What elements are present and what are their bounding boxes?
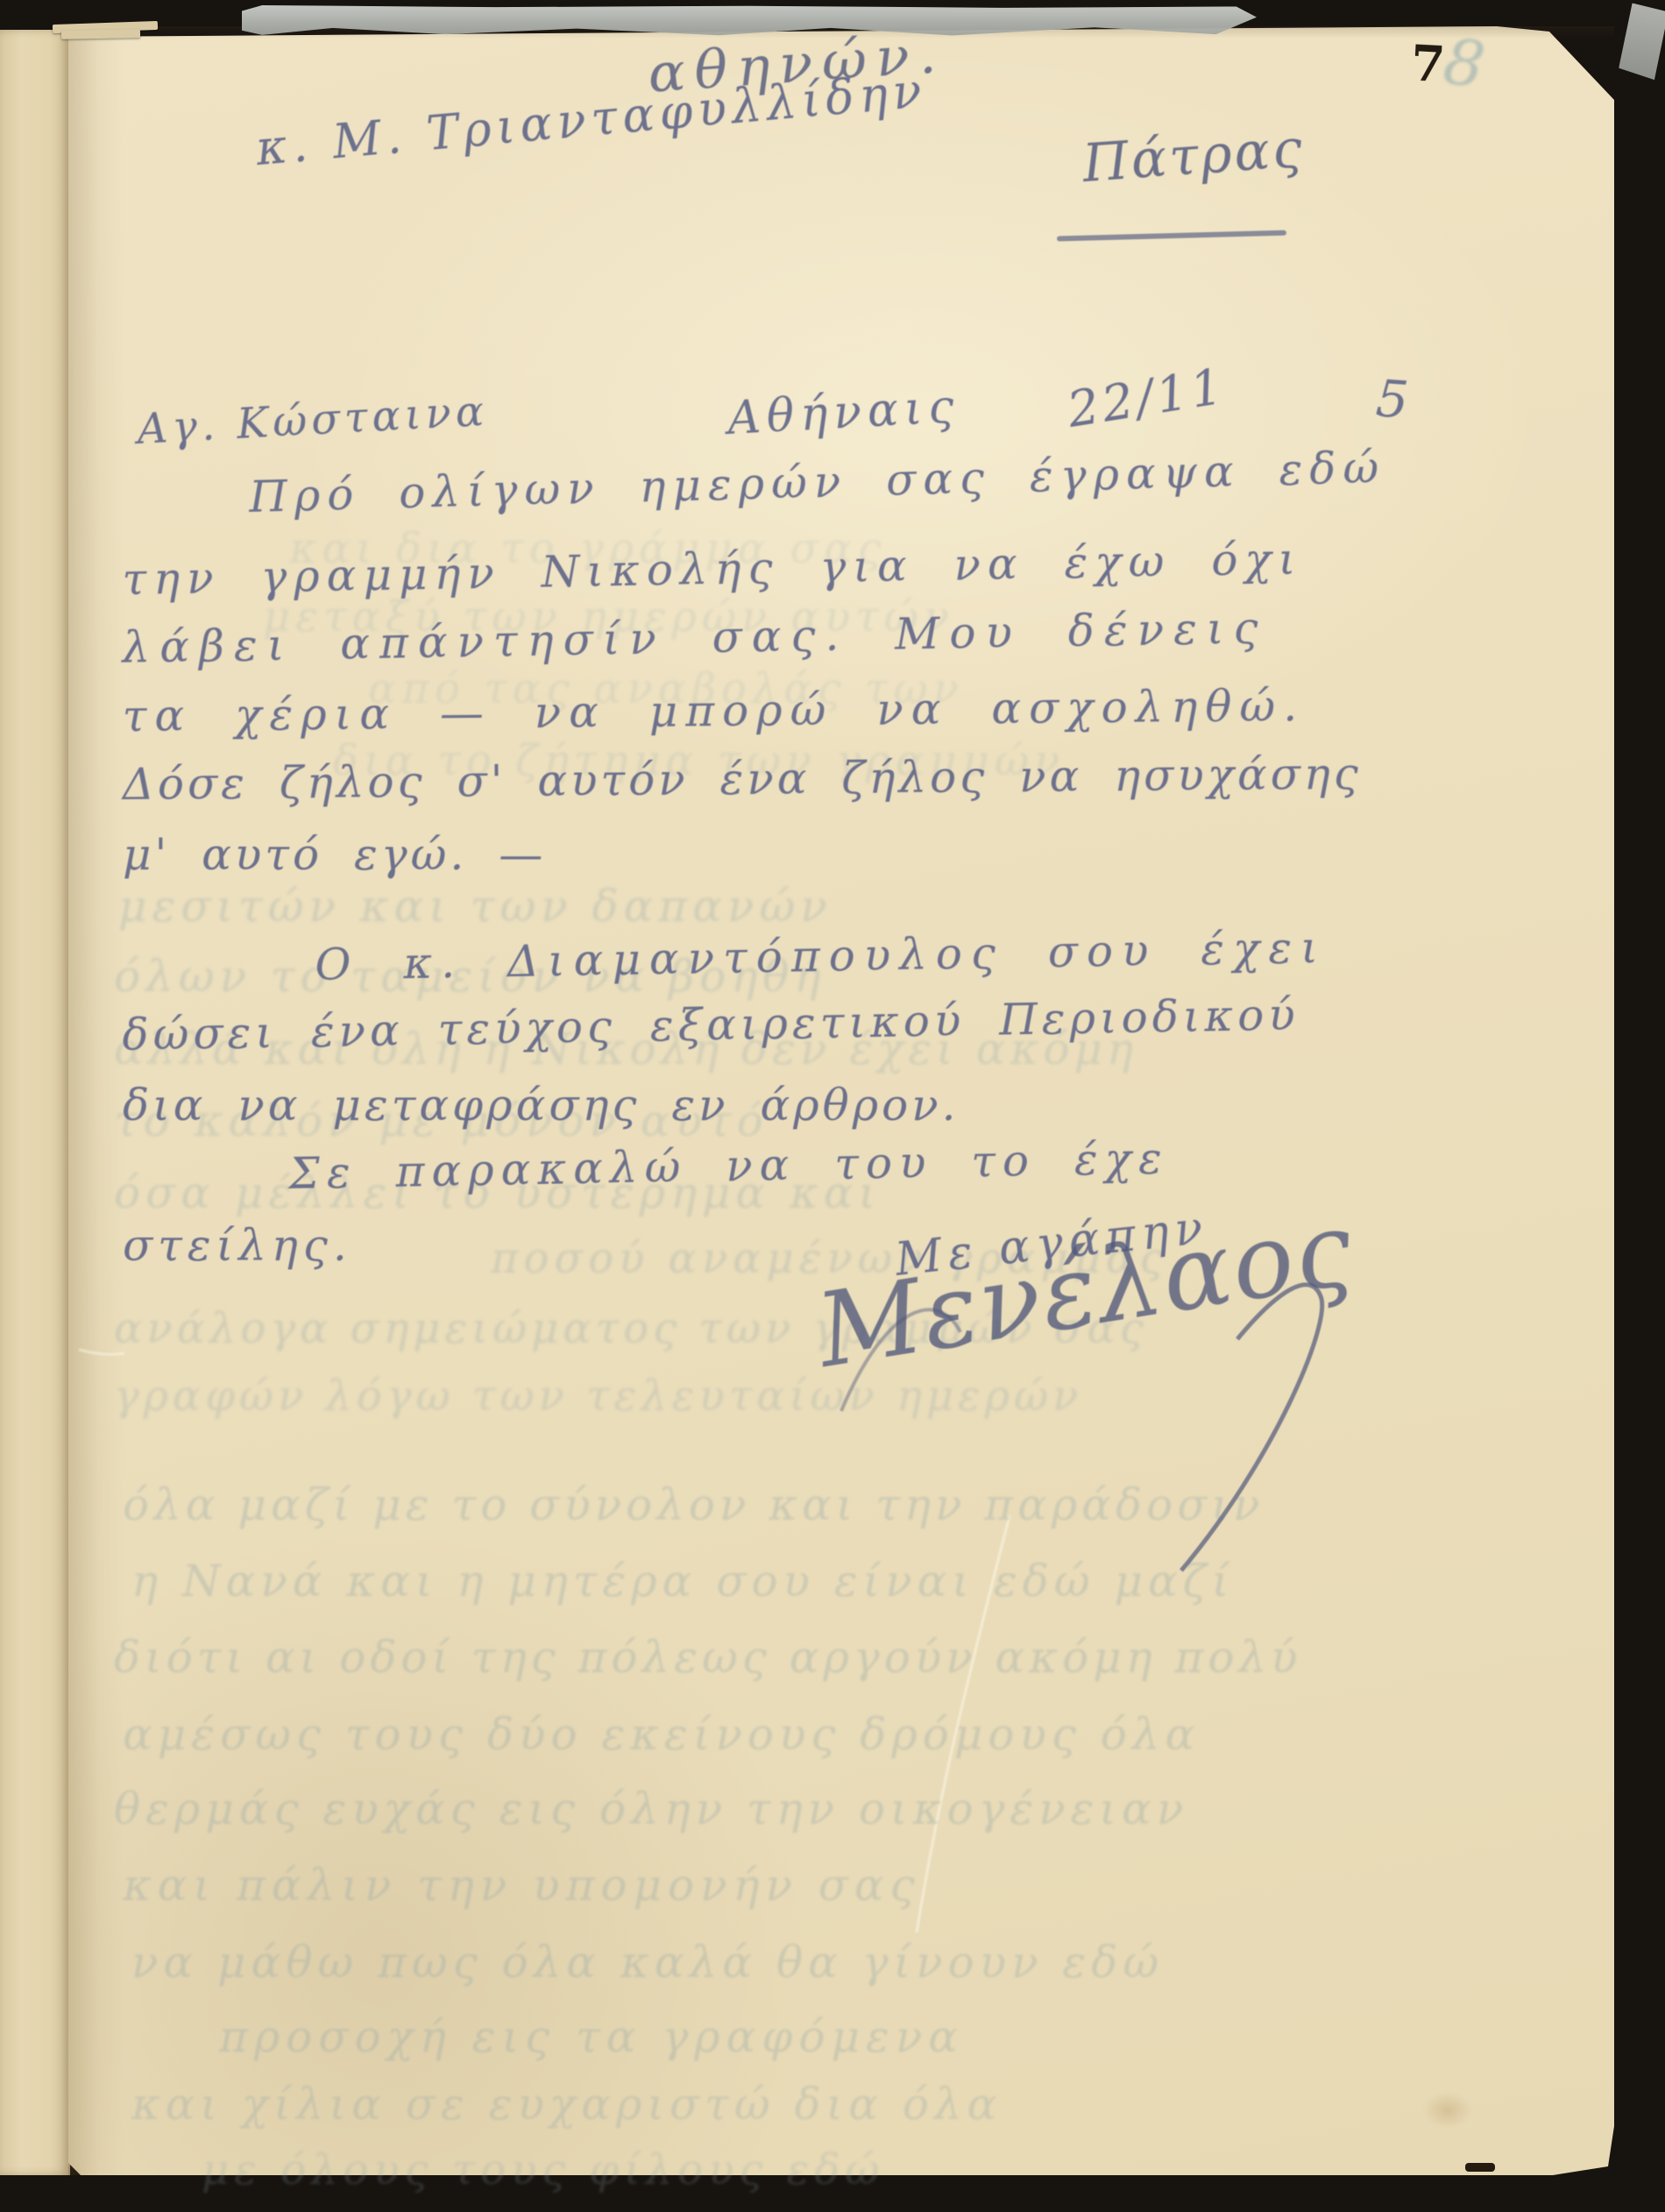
bleedthrough-line: και πάλιν την υπομονήν σας	[123, 1860, 921, 1911]
bleedthrough-line: η Νανά και η μητέρα σου είναι εδώ μαζί	[131, 1556, 1235, 1606]
bleedthrough-line: αμέσως τους δύο εκείνους δρόμους όλα	[123, 1709, 1200, 1760]
body-line: στείλης.	[123, 1220, 352, 1271]
bleedthrough-line: προσοχή εις τα γραφόμενα	[219, 2011, 964, 2062]
bleedthrough-line: γραφών λόγω των τελευταίων ημερών	[114, 1372, 1082, 1421]
page-number: 7	[1409, 34, 1446, 94]
bleedthrough-line: διότι αι οδοί της πόλεως αργούν ακόμη πο…	[114, 1632, 1302, 1683]
bleedthrough-line: και χίλια σε ευχαριστώ δια όλα	[131, 2079, 1002, 2130]
body-line: τα χέρια — να μπορώ να ασχοληθώ.	[122, 680, 1305, 741]
body-line: δια να μεταφράσης εν άρθρον.	[123, 1080, 960, 1131]
bleedthrough-line: όλα μαζί με το σύνολον και την παράδοσιν	[123, 1479, 1264, 1530]
dateline-mark: 5	[1374, 368, 1411, 429]
body-line: μ' αυτό εγώ. —	[123, 829, 546, 880]
page-stack-edge	[61, 29, 140, 39]
bleedthrough-line: μεσιτών και των δαπανών	[118, 881, 832, 932]
tissue-tape-corner	[1618, 3, 1665, 83]
body-line: Δόσε ζήλος σ' αυτόν ένα ζήλος να ησυχάση…	[122, 748, 1362, 810]
bleedthrough-line: να μάθω πως όλα καλά θα γίνουν εδώ	[131, 1937, 1164, 1988]
bleedthrough-line: με όλους τους φίλους εδώ	[202, 2145, 884, 2194]
underlying-page-edge	[0, 30, 70, 2175]
edge-speck	[1465, 2163, 1495, 2172]
scanned-letter-page: { "page": { "number": "7", "ghost_number…	[0, 0, 1665, 2212]
bleedthrough-line: θερμάς ευχάς εις όλην την οικογένειαν	[114, 1783, 1188, 1834]
paper-stain	[1424, 2093, 1471, 2128]
